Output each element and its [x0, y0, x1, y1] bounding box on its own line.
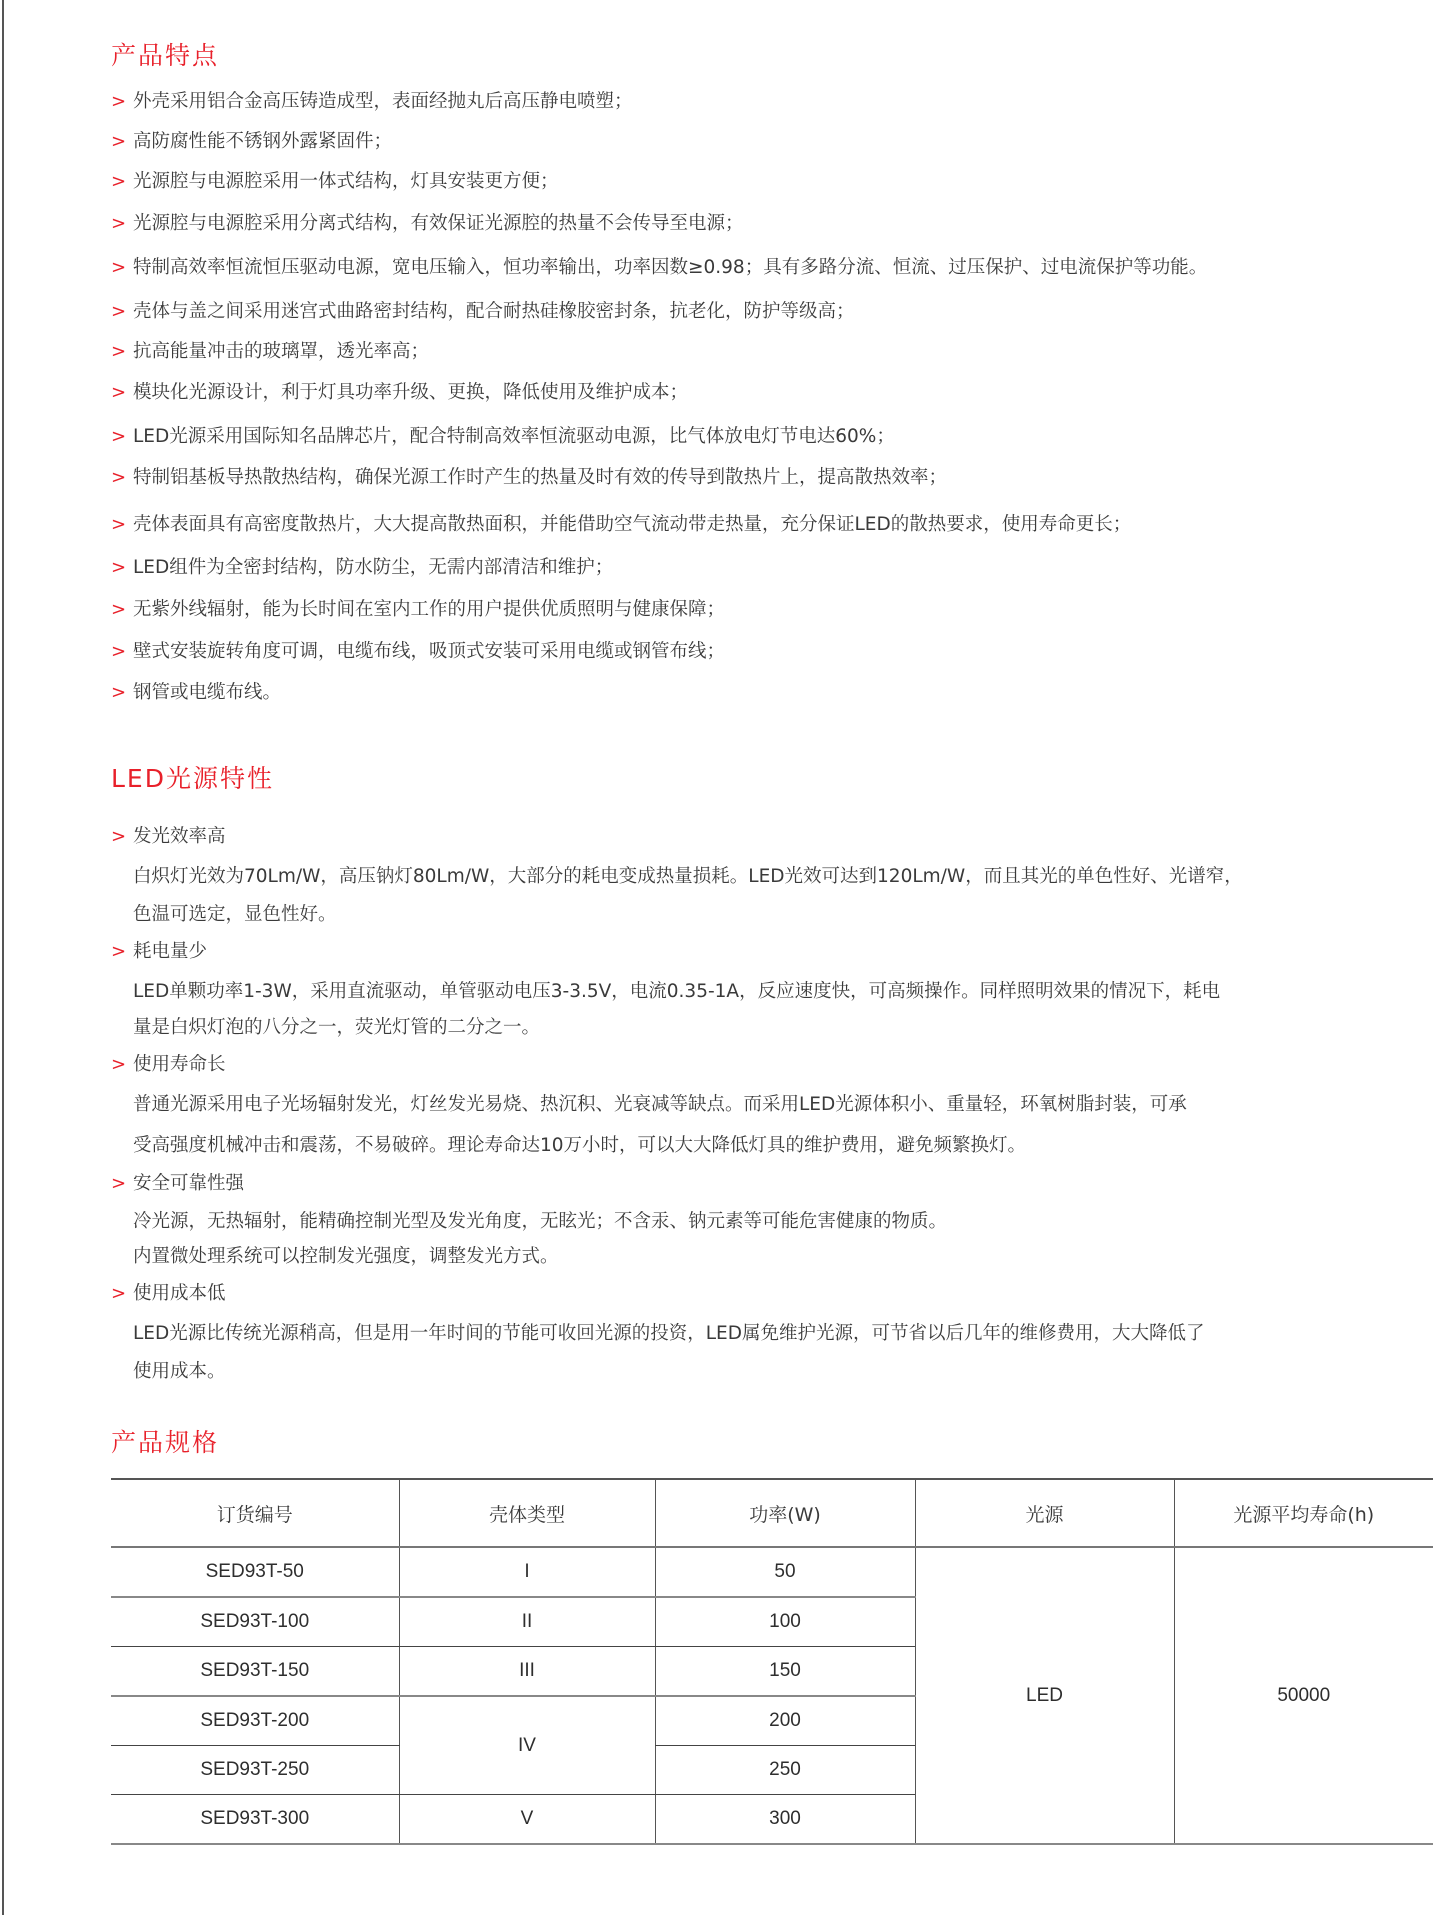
cell-light-source: LED	[915, 1547, 1174, 1844]
cell-power: 50	[655, 1547, 915, 1597]
led-heading: >安全可靠性强	[111, 1170, 244, 1198]
feature-item: >抗高能量冲击的玻璃罩，透光率高；	[111, 338, 429, 366]
chevron-right-icon: >	[111, 298, 133, 326]
chevron-right-icon: >	[111, 210, 133, 238]
led-body-line: 使用成本。	[133, 1358, 226, 1386]
chevron-right-icon: >	[111, 1170, 133, 1198]
table-row: SED93T-50 I 50 LED 50000	[111, 1547, 1433, 1597]
cell-housing: I	[399, 1547, 655, 1597]
cell-order-code: SED93T-150	[111, 1647, 399, 1697]
cell-power: 300	[655, 1795, 915, 1845]
cell-power: 150	[655, 1647, 915, 1697]
led-heading: >使用寿命长	[111, 1051, 226, 1079]
chevron-right-icon: >	[111, 168, 133, 196]
chevron-right-icon: >	[111, 554, 133, 582]
feature-item: >光源腔与电源腔采用分离式结构，有效保证光源腔的热量不会传导至电源；	[111, 210, 744, 238]
feature-item: >LED组件为全密封结构，防水防尘，无需内部清洁和维护；	[111, 554, 613, 582]
feature-item: >高防腐性能不锈钢外露紧固件；	[111, 128, 392, 156]
cell-housing: V	[399, 1795, 655, 1845]
led-heading: >耗电量少	[111, 938, 207, 966]
cell-housing: III	[399, 1647, 655, 1697]
led-body-line: LED单颗功率1-3W，采用直流驱动，单管驱动电压3-3.5V，电流0.35-1…	[133, 978, 1220, 1006]
cell-power: 100	[655, 1597, 915, 1647]
feature-item: >特制高效率恒流恒压驱动电源，宽电压输入，恒功率输出，功率因数≥0.98；具有多…	[111, 254, 1207, 282]
cell-order-code: SED93T-250	[111, 1746, 399, 1795]
cell-avg-life: 50000	[1174, 1547, 1433, 1844]
col-header-order-code: 订货编号	[111, 1479, 399, 1547]
table-header-row: 订货编号 壳体类型 功率(W) 光源 光源平均寿命(h)	[111, 1479, 1433, 1547]
cell-power: 250	[655, 1746, 915, 1795]
spec-table: 订货编号 壳体类型 功率(W) 光源 光源平均寿命(h) SED93T-50 I…	[111, 1478, 1433, 1845]
cell-order-code: SED93T-300	[111, 1795, 399, 1845]
led-body-line: 普通光源采用电子光场辐射发光，灯丝发光易烧、热沉积、光衰减等缺点。而采用LED光…	[133, 1091, 1187, 1119]
feature-item: >无紫外线辐射，能为长时间在室内工作的用户提供优质照明与健康保障；	[111, 596, 725, 624]
led-body-line: LED光源比传统光源稍高，但是用一年时间的节能可收回光源的投资，LED属免维护光…	[133, 1320, 1205, 1348]
chevron-right-icon: >	[111, 823, 133, 851]
feature-item: >LED光源采用国际知名品牌芯片，配合特制高效率恒流驱动电源，比气体放电灯节电达…	[111, 423, 895, 451]
feature-item: >壁式安装旋转角度可调，电缆布线，吸顶式安装可采用电缆或钢管布线；	[111, 638, 725, 666]
page-left-border	[2, 0, 4, 1915]
cell-housing: IV	[399, 1696, 655, 1795]
chevron-right-icon: >	[111, 338, 133, 366]
feature-item: >钢管或电缆布线。	[111, 679, 281, 707]
cell-order-code: SED93T-100	[111, 1597, 399, 1647]
col-header-light-source: 光源	[915, 1479, 1174, 1547]
chevron-right-icon: >	[111, 638, 133, 666]
feature-item: >外壳采用铝合金高压铸造成型，表面经抛丸后高压静电喷塑；	[111, 88, 633, 116]
chevron-right-icon: >	[111, 423, 133, 451]
led-body-line: 白炽灯光效为70Lm/W，高压钠灯80Lm/W，大部分的耗电变成热量损耗。LED…	[133, 863, 1243, 891]
led-heading: >发光效率高	[111, 823, 226, 851]
cell-order-code: SED93T-200	[111, 1696, 399, 1746]
led-body-line: 冷光源，无热辐射，能精确控制光型及发光角度，无眩光；不含汞、钠元素等可能危害健康…	[133, 1208, 947, 1236]
chevron-right-icon: >	[111, 254, 133, 282]
chevron-right-icon: >	[111, 379, 133, 407]
chevron-right-icon: >	[111, 511, 133, 539]
led-title: LED光源特性	[111, 764, 274, 794]
col-header-power: 功率(W)	[655, 1479, 915, 1547]
chevron-right-icon: >	[111, 464, 133, 492]
features-title: 产品特点	[111, 41, 219, 71]
cell-housing: II	[399, 1597, 655, 1647]
col-header-avg-life: 光源平均寿命(h)	[1174, 1479, 1433, 1547]
chevron-right-icon: >	[111, 1280, 133, 1308]
chevron-right-icon: >	[111, 1051, 133, 1079]
led-heading: >使用成本低	[111, 1280, 226, 1308]
feature-item: >光源腔与电源腔采用一体式结构，灯具安装更方便；	[111, 168, 559, 196]
led-body-line: 量是白炽灯泡的八分之一，荧光灯管的二分之一。	[133, 1014, 540, 1042]
cell-order-code: SED93T-50	[111, 1547, 399, 1597]
chevron-right-icon: >	[111, 679, 133, 707]
feature-item: >特制铝基板导热散热结构，确保光源工作时产生的热量及时有效的传导到散热片上，提高…	[111, 464, 947, 492]
feature-item: >模块化光源设计，利于灯具功率升级、更换，降低使用及维护成本；	[111, 379, 688, 407]
chevron-right-icon: >	[111, 938, 133, 966]
led-body-line: 受高强度机械冲击和震荡，不易破碎。理论寿命达10万小时，可以大大降低灯具的维护费…	[133, 1132, 1026, 1160]
chevron-right-icon: >	[111, 128, 133, 156]
chevron-right-icon: >	[111, 88, 133, 116]
chevron-right-icon: >	[111, 596, 133, 624]
cell-power: 200	[655, 1696, 915, 1746]
feature-item: >壳体表面具有高密度散热片，大大提高散热面积，并能借助空气流动带走热量，充分保证…	[111, 511, 1131, 539]
feature-item: >壳体与盖之间采用迷宫式曲路密封结构，配合耐热硅橡胶密封条，抗老化，防护等级高；	[111, 298, 855, 326]
led-body-line: 内置微处理系统可以控制发光强度，调整发光方式。	[133, 1243, 559, 1271]
led-body-line: 色温可选定，显色性好。	[133, 901, 337, 929]
col-header-housing-type: 壳体类型	[399, 1479, 655, 1547]
spec-title: 产品规格	[111, 1428, 219, 1458]
